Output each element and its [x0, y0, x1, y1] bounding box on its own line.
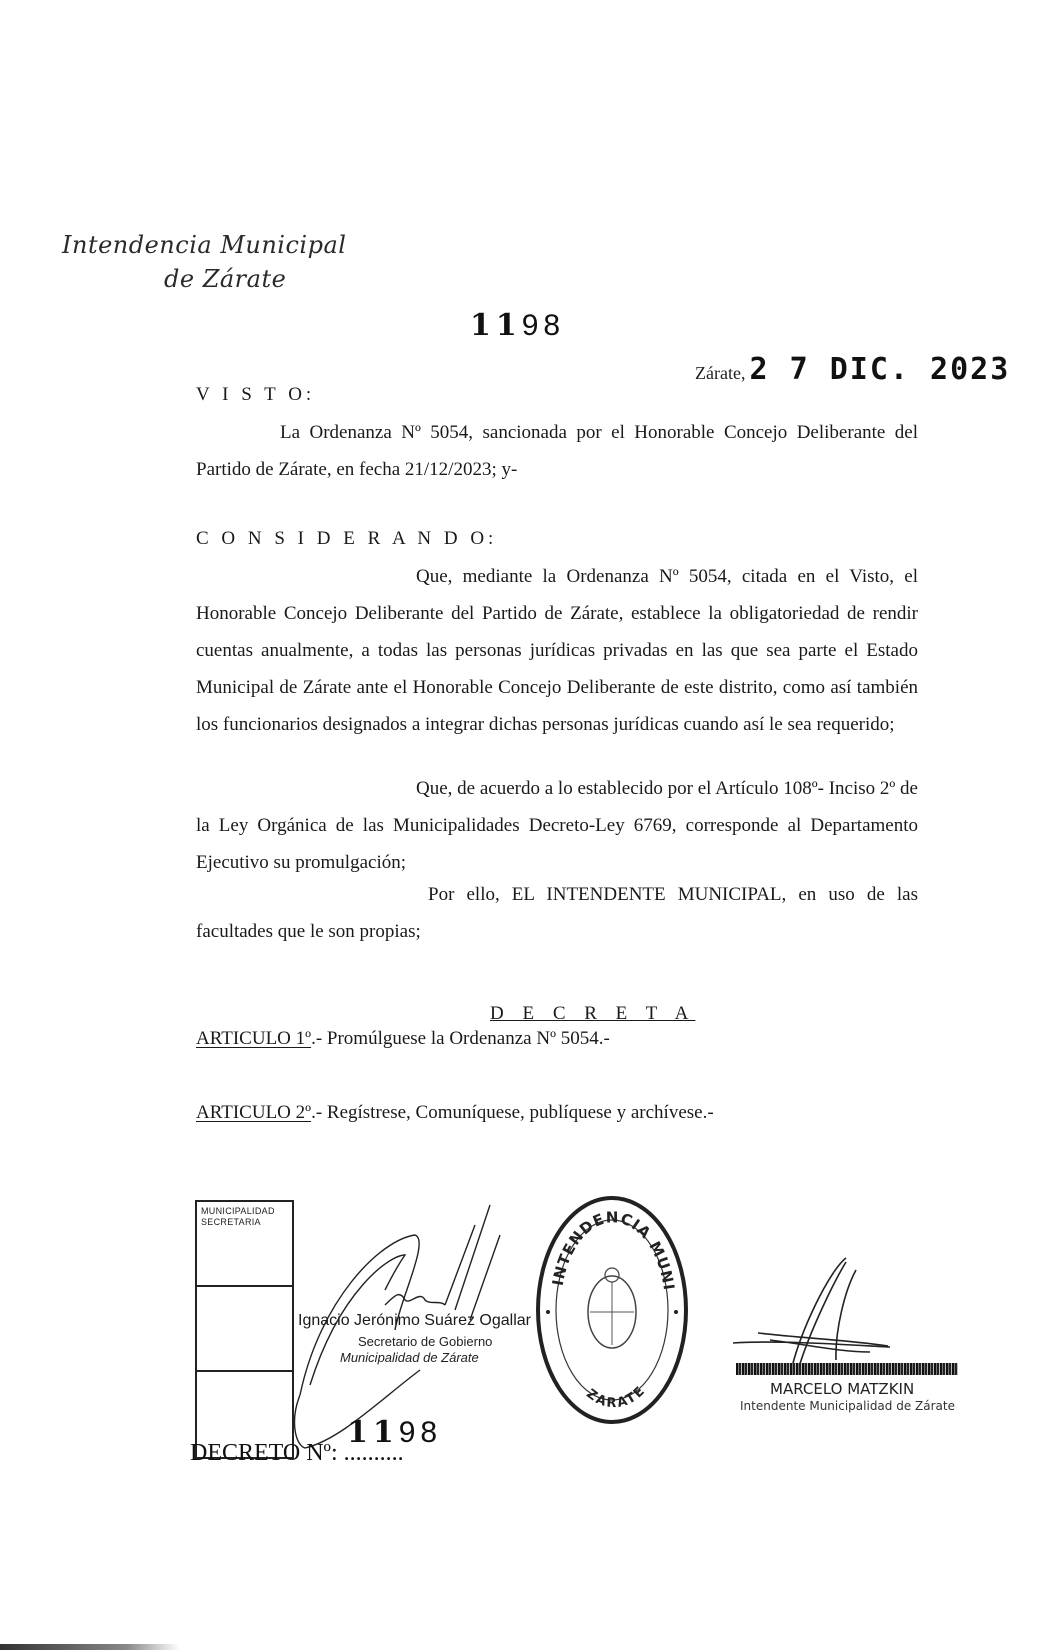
seal-top-text: INTENDENCIA MUNICIPAL	[0, 0, 678, 1292]
municipal-seal-icon: INTENDENCIA MUNICIPAL ZARATE	[0, 0, 686, 1422]
decree-footer-number-rest: 98	[399, 1416, 442, 1449]
signatory-1-organization: Municipalidad de Zárate	[340, 1350, 479, 1365]
svg-text:ZARATE: ZARATE	[583, 1383, 649, 1411]
redacted-stamp-bar	[736, 1363, 958, 1375]
signature-2-icon	[733, 1258, 890, 1375]
scan-edge-artifact	[0, 1644, 180, 1650]
signatory-1-role: Secretario de Gobierno	[358, 1334, 492, 1349]
signatory-1-name: Ignacio Jerónimo Suárez Ogallar	[298, 1312, 531, 1330]
decree-footer-label: DECRETO Nº: ..........	[190, 1440, 404, 1467]
signatory-2-name: MARCELO MATZKIN	[770, 1380, 914, 1398]
seal-bottom-text: ZARATE	[583, 1383, 649, 1411]
signatory-2-role: Intendente Municipalidad de Zárate	[740, 1399, 955, 1413]
svg-text:INTENDENCIA MUNICIPAL: INTENDENCIA MUNICIPAL	[0, 0, 678, 1292]
